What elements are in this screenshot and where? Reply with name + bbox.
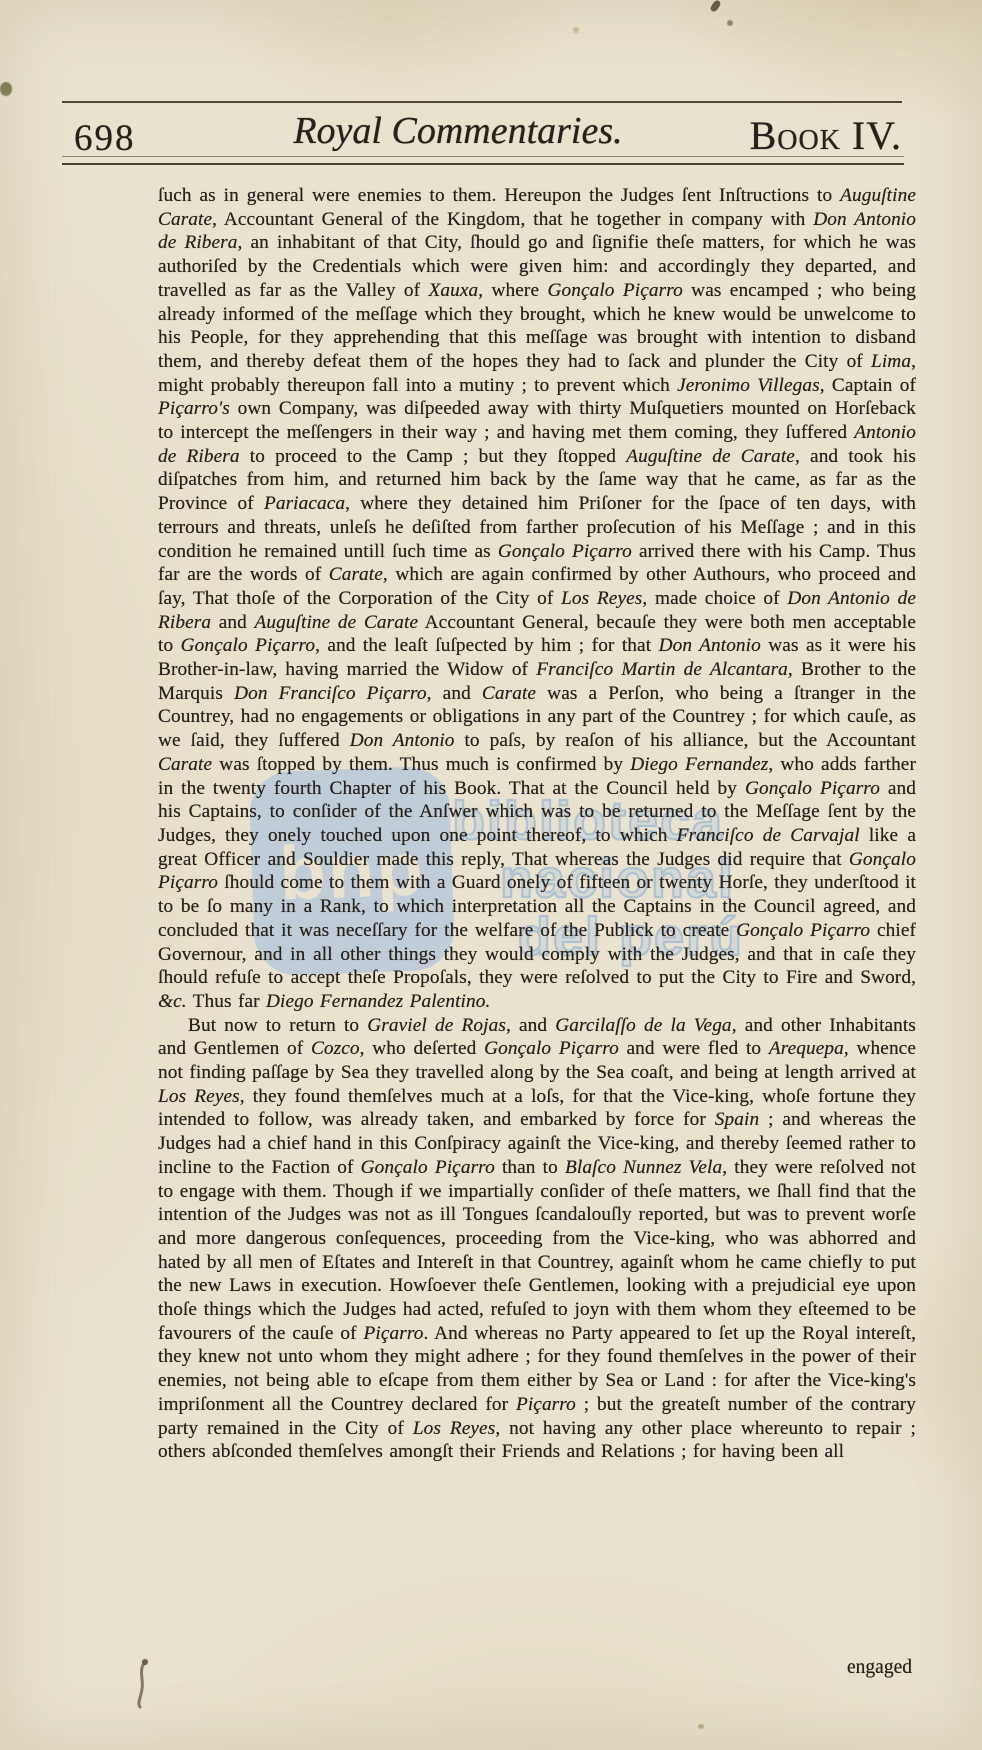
header-rule-bottom-thick <box>62 163 904 165</box>
book-label: Book IV. <box>750 112 902 159</box>
paper-speck <box>709 0 722 13</box>
body-text: ſuch as in general were enemies to them.… <box>158 184 916 1662</box>
book-page: 698 Royal Commentaries. Book IV. bnp bib… <box>0 0 982 1750</box>
running-title: Royal Commentaries. <box>158 109 758 153</box>
page-number: 698 <box>74 117 136 160</box>
header-rule-top <box>62 101 902 103</box>
paper-speck <box>573 27 579 33</box>
catchword: engaged <box>847 1657 912 1679</box>
paper-speck <box>698 1724 704 1729</box>
paragraph: ſuch as in general were enemies to them.… <box>158 184 916 1014</box>
paper-speck <box>727 20 733 26</box>
ink-smudge <box>133 1658 153 1710</box>
paragraph: But now to return to Graviel de Rojas, a… <box>158 1014 916 1464</box>
paper-speck <box>0 82 12 96</box>
